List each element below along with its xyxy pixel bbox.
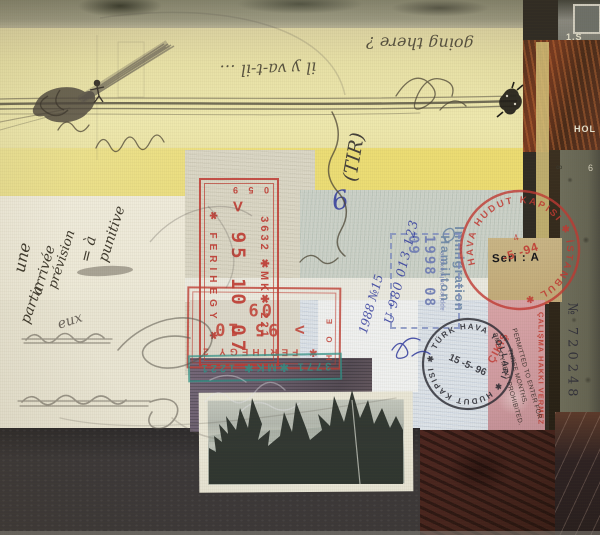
maroon-marble-block	[420, 430, 556, 535]
red-scratch-block	[523, 40, 600, 152]
collage-artwork: 0 5 9 3632 ✱MK✱ 221 > 95 10 07 ✱ FERIHEG…	[0, 0, 600, 535]
edge-label-6: 6	[588, 163, 593, 173]
visa-number: № 720248	[565, 292, 580, 412]
handwriting-top-2: going there ?	[340, 33, 500, 55]
stamp-date: > 95 10 09	[193, 299, 324, 340]
datebox-side-text: applies only/expire	[440, 251, 446, 310]
stamp-teal-fragment: 3771 ✱MK✱ 1221	[188, 353, 342, 383]
top-photo-strip	[0, 0, 523, 28]
topright-white-label	[573, 4, 600, 34]
edge-label-hol: HOL	[574, 124, 596, 134]
stamp-digits: 0 5 9	[205, 184, 273, 196]
photograph-image	[208, 399, 405, 484]
visa-seri-label: Seri : A	[492, 251, 562, 265]
stamp-teal-text: 3771 ✱MK✱ 1221	[199, 360, 332, 375]
bottom-edge-line	[0, 531, 600, 535]
forest-photograph	[199, 391, 414, 492]
edge-label-infinity: ∞	[556, 162, 562, 172]
edge-label-1s: 1.S	[566, 32, 583, 42]
seri-tan-block	[488, 238, 562, 302]
dark-marble-strip	[555, 412, 600, 535]
